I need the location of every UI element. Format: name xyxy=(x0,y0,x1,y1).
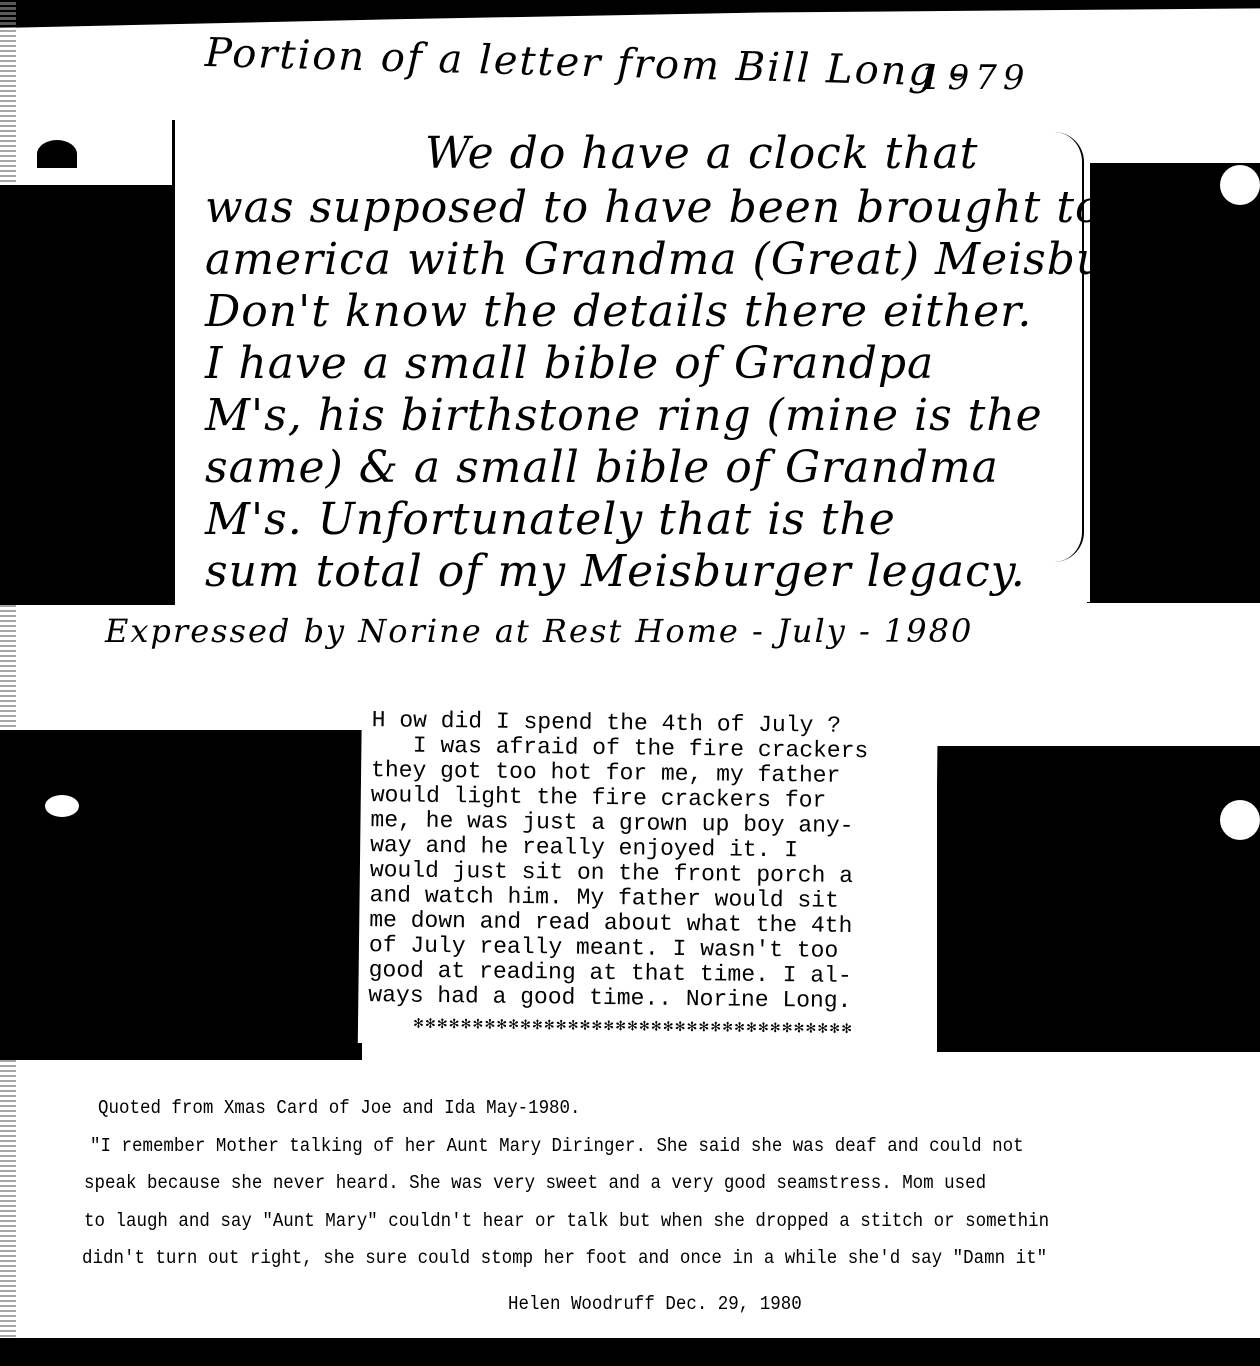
quote-line: to laugh and say "Aunt Mary" couldn't he… xyxy=(84,1210,1049,1232)
mount-background-right-mid xyxy=(937,746,1260,1052)
binder-hole-icon xyxy=(1220,165,1260,205)
typed-clipping: H ow did I spend the 4th of July ? I was… xyxy=(358,698,938,1050)
letter-line: same) & a small bible of Grandma xyxy=(205,442,999,493)
binder-hole-icon xyxy=(45,795,79,817)
caption-letter-year: 1979 xyxy=(920,58,1031,98)
quote-line: didn't turn out right, she sure could st… xyxy=(82,1247,1047,1269)
quote-signature: Helen Woodruff Dec. 29, 1980 xyxy=(508,1293,802,1315)
scan-top-border xyxy=(0,0,1260,28)
letter-clipping: We do have a clock that was supposed to … xyxy=(172,120,1090,602)
ornament-divider: ✻✻✻✻✻✻✻✻✻✻✻✻✻✻✻✻✻✻✻✻✻✻✻✻✻✻✻✻✻✻✻✻✻✻✻✻✻ xyxy=(413,1017,853,1037)
letter-line: M's, his birthstone ring (mine is the xyxy=(205,390,1043,441)
letter-line: We do have a clock that xyxy=(425,128,978,179)
letter-line: sum total of my Meisburger legacy. xyxy=(205,546,1026,597)
quote-line: "I remember Mother talking of her Aunt M… xyxy=(90,1135,1024,1157)
letter-line: was supposed to have been brought to xyxy=(205,182,1103,233)
mount-background-left-top xyxy=(0,185,175,605)
quote-line: speak because she never heard. She was v… xyxy=(84,1172,986,1194)
binder-hole-icon xyxy=(1220,800,1260,840)
mount-background-left-mid xyxy=(0,730,362,1060)
scan-bottom-border xyxy=(0,1338,1260,1366)
mount-background-right-top xyxy=(1087,163,1260,603)
caption-clipping-source: Expressed by Norine at Rest Home - July … xyxy=(105,612,973,650)
quote-heading: Quoted from Xmas Card of Joe and Ida May… xyxy=(98,1097,581,1119)
binder-hole-icon xyxy=(37,140,77,168)
margin-bracket-mark xyxy=(1042,132,1084,562)
letter-line: I have a small bible of Grandpa xyxy=(205,338,934,389)
caption-letter-source: Portion of a letter from Bill Long - xyxy=(204,30,967,96)
clipping-line: ways had a good time.. Norine Long. xyxy=(368,983,851,1014)
letter-line: Don't know the details there either. xyxy=(205,286,1032,337)
letter-line: M's. Unfortunately that is the xyxy=(205,494,896,545)
